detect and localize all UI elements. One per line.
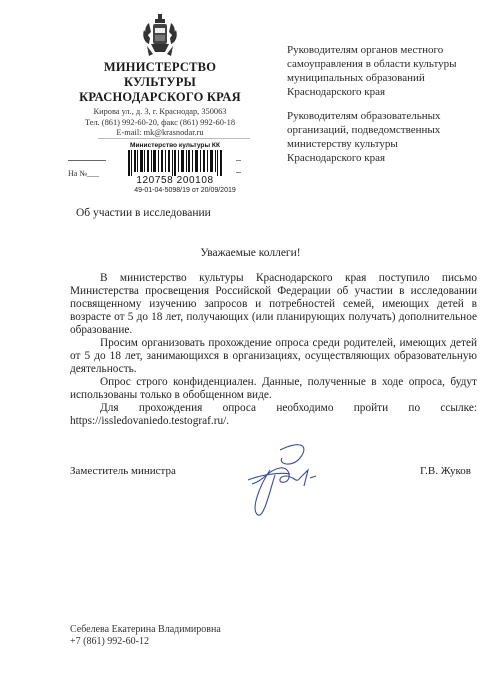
ministry-name-line: КРАСНОДАРСКОГО КРАЯ (70, 90, 250, 105)
addressee-line: Руководителям органов местного (287, 43, 487, 57)
addressee-line: муниципальных образований (287, 71, 487, 85)
addressee-line: Краснодарского края (287, 85, 487, 99)
addressee-line: организаций, подведомственных (287, 123, 487, 137)
phones: Тел. (861) 992-60-20, факс (861) 992-60-… (70, 118, 250, 129)
addressee-line: Руководителям образовательных (287, 109, 487, 123)
signatory-name: Г.В. Жуков (420, 465, 471, 477)
executor-info: Себелева Екатерина Владимировна +7 (861)… (70, 624, 221, 648)
addressee-line: самоуправления в области культуры (287, 57, 487, 71)
dash-mark (236, 160, 241, 161)
reference-number-label: На №___ (68, 169, 99, 178)
paragraph: В министерство культуры Краснодарского к… (70, 272, 477, 337)
addressee-line: Краснодарского края (287, 151, 487, 165)
email: E-mail: mk@krasnodar.ru (70, 128, 250, 139)
address: Кирова ул., д. 3, г. Краснодар, 350063 (70, 107, 250, 118)
divider (98, 138, 250, 139)
letter-subject: Об участии в исследовании (76, 207, 211, 219)
letter-body: В министерство культуры Краснодарского к… (70, 272, 477, 428)
handwritten-signature-icon (230, 440, 340, 530)
dash-mark (236, 172, 241, 173)
barcode-number: 120758 200108 (128, 175, 222, 186)
ministry-name-line: КУЛЬТУРЫ (70, 75, 250, 90)
ministry-contacts: Кирова ул., д. 3, г. Краснодар, 350063 Т… (70, 107, 250, 139)
executor-name: Себелева Екатерина Владимировна (70, 624, 221, 636)
paragraph: Для прохождения опроса необходимо пройти… (70, 402, 477, 415)
executor-phone: +7 (861) 992-60-12 (70, 636, 221, 648)
ministry-name-line: МИНИСТЕРСТВО (70, 60, 250, 75)
addressee-block: Руководителям образовательных организаци… (287, 109, 487, 165)
addressee-block: Руководителям органов местного самоуправ… (287, 43, 487, 99)
paragraph: Опрос строго конфиденциален. Данные, пол… (70, 376, 477, 402)
ministry-name: МИНИСТЕРСТВО КУЛЬТУРЫ КРАСНОДАРСКОГО КРА… (70, 60, 250, 105)
date-blank-line (68, 160, 106, 161)
survey-link[interactable]: https://issledovaniedo.testograf.ru/. (70, 415, 477, 428)
barcode-icon (128, 150, 222, 176)
registration-number: 49-01-04-5098/19 от 20/09/2019 (110, 187, 260, 194)
signatory-position: Заместитель министра (70, 465, 176, 477)
addressee-line: министерству культуры (287, 137, 487, 151)
stamp-title: Министерство культуры КК (120, 142, 230, 149)
paragraph: Просим организовать прохождение опроса с… (70, 337, 477, 376)
greeting: Уважаемые коллеги! (0, 247, 501, 259)
coat-of-arms-icon (141, 14, 179, 58)
